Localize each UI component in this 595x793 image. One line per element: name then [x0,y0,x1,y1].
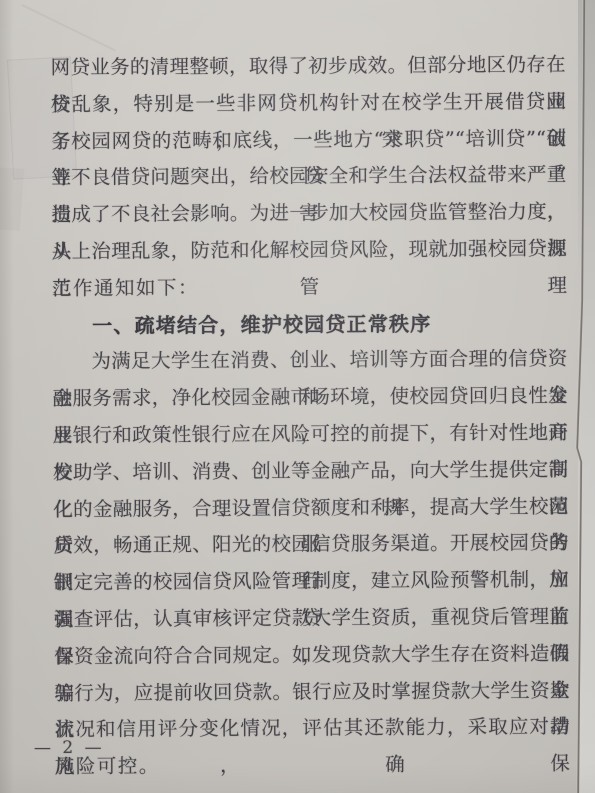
document-line: 化的金融服务，合理设置信贷额度和利率，提高大学生校园贷服务 [53,488,568,528]
document-line: 等不良借贷问题突出，给校园安全和学生合法权益带来严重损害， [51,157,566,197]
document-line: 制定完善的校园信贷风险管理制度，建立风险预警机制，加强贷前 [54,562,569,602]
bleedthrough-mark [0,167,24,231]
document-line: 业银行和政策性银行应在风险可控的前提下，有针对性地开发高 [53,415,568,455]
document-line: 骗行为，应提前收回贷款。银行应及时掌握贷款大学生资金流动 [54,672,569,712]
document-line: 校助学、培训、消费、创业等金融产品，向大学生提供定制化、规范 [53,452,568,492]
document-line: 了校园网贷的范畴和底线，一些地方“求职贷”“培训贷”“创业贷” [51,120,566,160]
document-line: 网贷业务的清理整顿，取得了初步成效。但部分地区仍存在校园 [51,47,566,87]
document-line: 质效，畅通正规、阳光的校园信贷服务渠道。开展校园贷的银行应 [53,525,568,565]
scanned-document-photo: 网贷业务的清理整顿，取得了初步成效。但部分地区仍存在校园贷乱象，特别是一些非网贷… [0,0,595,793]
page-number: — 2 — [34,738,105,758]
document-line: 保资金流向符合合同规定。如发现贷款大学生存在资料造假等欺 [54,636,569,676]
document-line: 调查评估，认真审核评定贷款大学生资质，重视贷后管理监督，确 [54,599,569,639]
document-line: 贷乱象，特别是一些非网贷机构针对在校学生开展借贷业务，突破 [51,84,566,124]
document-line: 头上治理乱象，防范和化解校园贷风险，现就加强校园贷规范管理 [52,231,567,271]
document-line: 造成了不良社会影响。为进一步加大校园贷监管整治力度，从源 [51,194,566,234]
document-line: 状况和信用评分变化情况，评估其还款能力，采取应对措施，确保 [55,709,570,749]
bleedthrough-mark [22,4,116,51]
document-line: 为满足大学生在消费、创业、培训等方面合理的信贷资金和金 [52,341,567,381]
page-edge-strip [578,0,595,793]
section-heading: 一、疏堵结合，维护校园贷正常秩序 [52,304,567,344]
document-text-block: 网贷业务的清理整顿，取得了初步成效。但部分地区仍存在校园贷乱象，特别是一些非网贷… [51,47,570,786]
document-line: 融服务需求，净化校园金融市场环境，使校园贷回归良性发展，商 [53,378,568,418]
